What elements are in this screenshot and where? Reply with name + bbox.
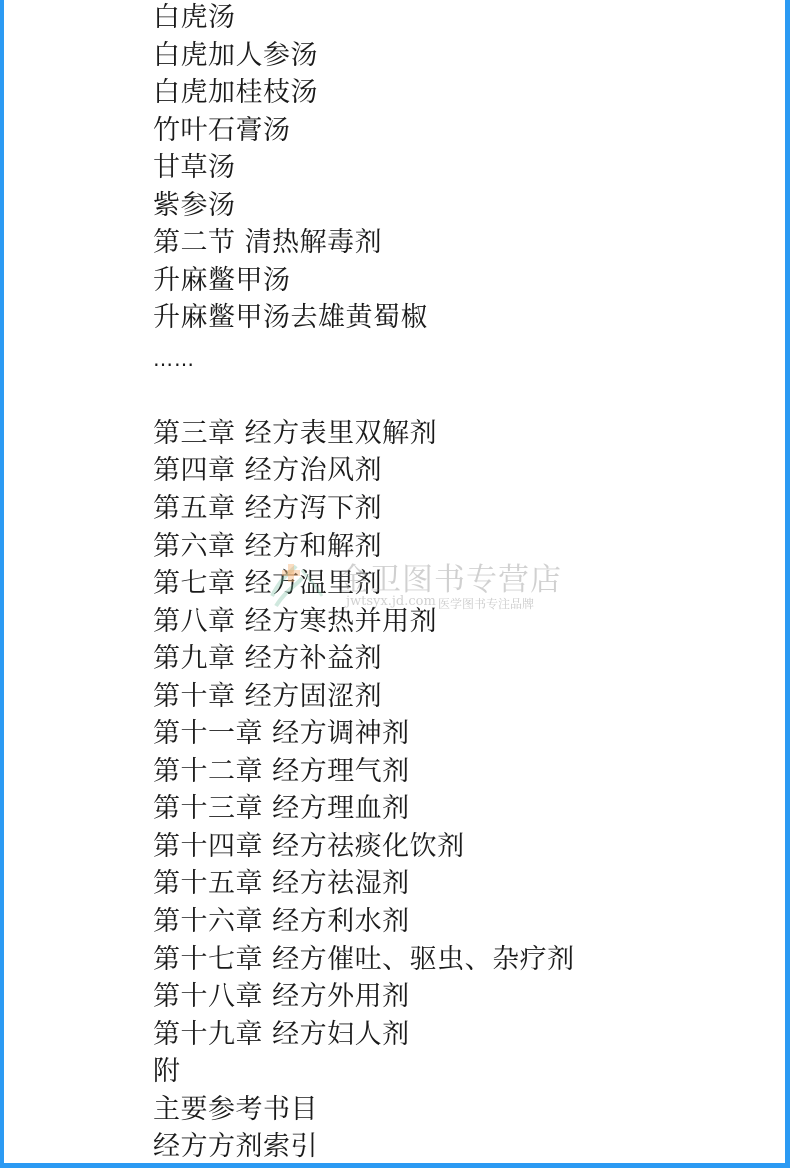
toc-chapter: 第十八章 经方外用剂: [153, 978, 575, 1016]
toc-chapter: 第十六章 经方利水剂: [153, 903, 575, 941]
table-of-contents: 白虎汤 白虎加人参汤 白虎加桂枝汤 竹叶石膏汤 甘草汤 紫参汤 第二节 清热解毒…: [153, 0, 575, 1166]
toc-chapter: 第十二章 经方理气剂: [153, 753, 575, 791]
toc-chapter: 第三章 经方表里双解剂: [153, 415, 575, 453]
toc-item: 升麻鳖甲汤去雄黄蜀椒: [153, 299, 575, 337]
toc-item: 白虎加人参汤: [153, 37, 575, 75]
toc-chapter: 第十九章 经方妇人剂: [153, 1016, 575, 1054]
toc-chapter: 第十五章 经方祛湿剂: [153, 865, 575, 903]
frame-border-right: [785, 0, 790, 1168]
toc-bibliography: 主要参考书目: [153, 1091, 575, 1129]
toc-chapter: 第五章 经方泻下剂: [153, 490, 575, 528]
toc-item: 甘草汤: [153, 149, 575, 187]
toc-item: 白虎汤: [153, 0, 575, 37]
toc-chapter: 第十三章 经方理血剂: [153, 790, 575, 828]
toc-chapter: 第十一章 经方调神剂: [153, 715, 575, 753]
toc-spacer: [153, 381, 575, 415]
toc-ellipsis: ……: [153, 337, 575, 381]
toc-section-heading: 第二节 清热解毒剂: [153, 224, 575, 262]
toc-index: 经方方剂索引: [153, 1128, 575, 1166]
toc-item: 紫参汤: [153, 187, 575, 225]
toc-chapter: 第八章 经方寒热并用剂: [153, 603, 575, 641]
toc-chapter: 第十四章 经方祛痰化饮剂: [153, 828, 575, 866]
toc-item: 竹叶石膏汤: [153, 112, 575, 150]
toc-chapter: 第九章 经方补益剂: [153, 640, 575, 678]
toc-appendix: 附: [153, 1053, 575, 1091]
toc-item: 白虎加桂枝汤: [153, 74, 575, 112]
toc-chapter: 第七章 经方温里剂: [153, 565, 575, 603]
toc-chapter: 第十章 经方固涩剂: [153, 678, 575, 716]
toc-item: 升麻鳖甲汤: [153, 262, 575, 300]
frame-border-left: [0, 0, 4, 1168]
toc-chapter: 第四章 经方治风剂: [153, 452, 575, 490]
toc-chapter: 第六章 经方和解剂: [153, 528, 575, 566]
toc-chapter: 第十七章 经方催吐、驱虫、杂疗剂: [153, 941, 575, 979]
